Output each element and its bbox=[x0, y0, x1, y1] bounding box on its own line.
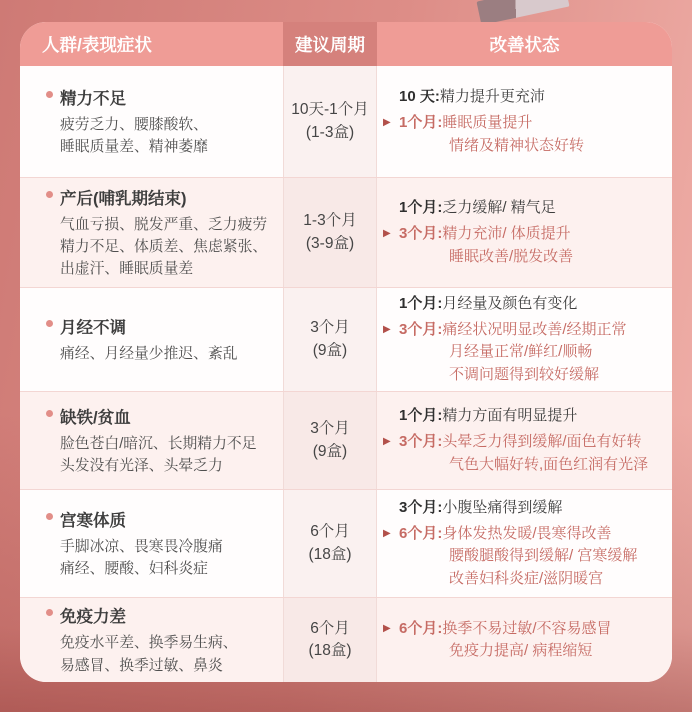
table-row: 月经不调 痛经、月经量少推迟、紊乱 3个月 (9盒) 1个月:月经量及颜色有变化… bbox=[20, 287, 672, 391]
highlight-line: 月经量正常/鲜红/顺畅 bbox=[399, 341, 627, 364]
bullet-icon bbox=[46, 320, 53, 327]
cycle-cell: 10天-1个月 (1-3盒) bbox=[283, 66, 377, 177]
baseline-label: 1个月: bbox=[399, 295, 442, 312]
highlight-label: 3个月: bbox=[399, 225, 442, 242]
cycle-boxes: (9盒) bbox=[313, 441, 347, 463]
baseline-label: 1个月: bbox=[399, 199, 442, 216]
group-title-text: 宫寒体质 bbox=[60, 512, 126, 530]
symptom-cell: 月经不调 痛经、月经量少推迟、紊乱 bbox=[20, 288, 283, 391]
cycle-duration: 3个月 bbox=[310, 317, 350, 339]
highlight-line: 6个月:换季不易过敏/不容易感冒 bbox=[399, 618, 612, 641]
group-title-text: 缺铁/贫血 bbox=[60, 409, 131, 427]
symptom-line: 痛经、月经量少推迟、紊乱 bbox=[60, 343, 275, 365]
highlight-text: 痛经状况明显改善/经期正常 bbox=[442, 321, 626, 338]
group-title: 免疫力差 bbox=[60, 603, 275, 627]
table-row: 宫寒体质 手脚冰凉、畏寒畏冷腹痛 痛经、腰酸、妇科炎症 6个月 (18盒) 3个… bbox=[20, 489, 672, 597]
header-improvement: 改善状态 bbox=[377, 22, 672, 66]
symptom-line: 精力不足、体质差、焦虑紧张、 bbox=[60, 236, 275, 258]
highlight-line: 3个月:痛经状况明显改善/经期正常 bbox=[399, 319, 627, 342]
baseline-improvement: 3个月:小腹坠痛得到缓解 bbox=[399, 497, 668, 518]
highlight-lines: 3个月:头晕乏力得到缓解/面色有好转 气色大幅好转,面色红润有光泽 bbox=[399, 431, 648, 476]
highlight-lines: 3个月:精力充沛/ 体质提升 睡眠改善/脱发改善 bbox=[399, 223, 573, 268]
baseline-text: 精力方面有明显提升 bbox=[442, 407, 577, 424]
table-row: 免疫力差 免疫水平差、换季易生病、 易感冒、换季过敏、鼻炎 6个月 (18盒) … bbox=[20, 597, 672, 682]
symptom-line: 睡眠质量差、精神萎靡 bbox=[60, 136, 275, 158]
baseline-improvement: 1个月:乏力缓解/ 精气足 bbox=[399, 197, 668, 218]
group-title-text: 产后(哺乳期结束) bbox=[60, 190, 187, 208]
group-title: 产后(哺乳期结束) bbox=[60, 185, 275, 209]
highlight-text: 身体发热发暖/畏寒得改善 bbox=[442, 525, 611, 542]
symptom-line: 出虚汗、睡眠质量差 bbox=[60, 258, 275, 280]
header-symptoms: 人群/表现症状 bbox=[20, 22, 283, 66]
arrow-icon: ▶ bbox=[383, 112, 399, 157]
group-title: 缺铁/贫血 bbox=[60, 404, 275, 428]
cycle-cell: 6个月 (18盒) bbox=[283, 598, 377, 682]
cycle-duration: 1-3个月 bbox=[303, 210, 356, 232]
group-title-text: 免疫力差 bbox=[60, 608, 126, 626]
group-title-text: 月经不调 bbox=[60, 319, 126, 337]
baseline-text: 精力提升更充沛 bbox=[440, 88, 545, 105]
arrow-icon: ▶ bbox=[383, 319, 399, 387]
improvement-cell: 1个月:月经量及颜色有变化 ▶ 3个月:痛经状况明显改善/经期正常 月经量正常/… bbox=[377, 288, 672, 391]
symptom-line: 易感冒、换季过敏、鼻炎 bbox=[60, 655, 275, 677]
cycle-cell: 3个月 (9盒) bbox=[283, 392, 377, 489]
symptom-cell: 宫寒体质 手脚冰凉、畏寒畏冷腹痛 痛经、腰酸、妇科炎症 bbox=[20, 490, 283, 597]
symptom-cell: 缺铁/贫血 脸色苍白/暗沉、长期精力不足 头发没有光泽、头晕乏力 bbox=[20, 392, 283, 489]
symptom-list: 痛经、月经量少推迟、紊乱 bbox=[60, 343, 275, 365]
baseline-text: 小腹坠痛得到缓解 bbox=[442, 499, 562, 516]
baseline-text: 月经量及颜色有变化 bbox=[442, 295, 577, 312]
symptom-line: 疲劳乏力、腰膝酸软、 bbox=[60, 114, 275, 136]
highlight-line: 3个月:精力充沛/ 体质提升 bbox=[399, 223, 573, 246]
cycle-duration: 6个月 bbox=[310, 521, 350, 543]
highlight-line: 气色大幅好转,面色红润有光泽 bbox=[399, 454, 648, 477]
table-row: 缺铁/贫血 脸色苍白/暗沉、长期精力不足 头发没有光泽、头晕乏力 3个月 (9盒… bbox=[20, 391, 672, 489]
highlight-label: 3个月: bbox=[399, 433, 442, 450]
symptom-list: 疲劳乏力、腰膝酸软、 睡眠质量差、精神萎靡 bbox=[60, 114, 275, 158]
arrow-icon: ▶ bbox=[383, 431, 399, 476]
baseline-text: 乏力缓解/ 精气足 bbox=[442, 199, 555, 216]
symptom-cell: 产后(哺乳期结束) 气血亏损、脱发严重、乏力疲劳 精力不足、体质差、焦虑紧张、 … bbox=[20, 178, 283, 287]
baseline-improvement: 1个月:精力方面有明显提升 bbox=[399, 405, 668, 426]
symptom-list: 免疫水平差、换季易生病、 易感冒、换季过敏、鼻炎 bbox=[60, 632, 275, 676]
cycle-boxes: (18盒) bbox=[308, 640, 351, 662]
group-title: 月经不调 bbox=[60, 314, 275, 338]
highlight-improvement: ▶ 3个月:痛经状况明显改善/经期正常 月经量正常/鲜红/顺畅 不调问题得到较好… bbox=[399, 319, 668, 387]
bullet-icon bbox=[46, 191, 53, 198]
bullet-icon bbox=[46, 609, 53, 616]
highlight-text: 头晕乏力得到缓解/面色有好转 bbox=[442, 433, 641, 450]
group-title: 精力不足 bbox=[60, 85, 275, 109]
cycle-boxes: (1-3盒) bbox=[306, 122, 354, 144]
cycle-cell: 3个月 (9盒) bbox=[283, 288, 377, 391]
highlight-improvement: ▶ 6个月:换季不易过敏/不容易感冒 免疫力提高/ 病程缩短 bbox=[399, 618, 668, 663]
highlight-line: 1个月:睡眠质量提升 bbox=[399, 112, 584, 135]
cycle-duration: 6个月 bbox=[310, 618, 350, 640]
highlight-line: 免疫力提高/ 病程缩短 bbox=[399, 640, 612, 663]
highlight-lines: 6个月:身体发热发暖/畏寒得改善 腰酸腿酸得到缓解/ 宫寒缓解 改善妇科炎症/滋… bbox=[399, 523, 637, 591]
symptom-line: 气血亏损、脱发严重、乏力疲劳 bbox=[60, 214, 275, 236]
highlight-label: 1个月: bbox=[399, 114, 442, 131]
bullet-icon bbox=[46, 410, 53, 417]
bullet-icon bbox=[46, 513, 53, 520]
symptom-line: 痛经、腰酸、妇科炎症 bbox=[60, 558, 275, 580]
header-cycle: 建议周期 bbox=[283, 22, 377, 66]
highlight-improvement: ▶ 3个月:精力充沛/ 体质提升 睡眠改善/脱发改善 bbox=[399, 223, 668, 268]
highlight-improvement: ▶ 1个月:睡眠质量提升 情绪及精神状态好转 bbox=[399, 112, 668, 157]
group-title-text: 精力不足 bbox=[60, 90, 126, 108]
improvement-cell: ▶ 6个月:换季不易过敏/不容易感冒 免疫力提高/ 病程缩短 bbox=[377, 598, 672, 682]
bullet-icon bbox=[46, 91, 53, 98]
highlight-improvement: ▶ 3个月:头晕乏力得到缓解/面色有好转 气色大幅好转,面色红润有光泽 bbox=[399, 431, 668, 476]
table-row: 产后(哺乳期结束) 气血亏损、脱发严重、乏力疲劳 精力不足、体质差、焦虑紧张、 … bbox=[20, 177, 672, 287]
highlight-line: 3个月:头晕乏力得到缓解/面色有好转 bbox=[399, 431, 648, 454]
symptom-cell: 免疫力差 免疫水平差、换季易生病、 易感冒、换季过敏、鼻炎 bbox=[20, 598, 283, 682]
improvement-cell: 3个月:小腹坠痛得到缓解 ▶ 6个月:身体发热发暖/畏寒得改善 腰酸腿酸得到缓解… bbox=[377, 490, 672, 597]
baseline-label: 1个月: bbox=[399, 407, 442, 424]
cycle-boxes: (9盒) bbox=[313, 340, 347, 362]
arrow-icon: ▶ bbox=[383, 618, 399, 663]
improvement-cell: 1个月:精力方面有明显提升 ▶ 3个月:头晕乏力得到缓解/面色有好转 气色大幅好… bbox=[377, 392, 672, 489]
highlight-improvement: ▶ 6个月:身体发热发暖/畏寒得改善 腰酸腿酸得到缓解/ 宫寒缓解 改善妇科炎症… bbox=[399, 523, 668, 591]
baseline-improvement: 1个月:月经量及颜色有变化 bbox=[399, 293, 668, 314]
highlight-label: 6个月: bbox=[399, 525, 442, 542]
baseline-improvement: 10 天:精力提升更充沛 bbox=[399, 86, 668, 107]
cycle-boxes: (3-9盒) bbox=[306, 233, 354, 255]
highlight-text: 换季不易过敏/不容易感冒 bbox=[442, 620, 611, 637]
highlight-line: 腰酸腿酸得到缓解/ 宫寒缓解 bbox=[399, 545, 637, 568]
highlight-line: 改善妇科炎症/滋阴暖宫 bbox=[399, 568, 637, 591]
cycle-duration: 3个月 bbox=[310, 418, 350, 440]
highlight-label: 3个月: bbox=[399, 321, 442, 338]
highlight-text: 精力充沛/ 体质提升 bbox=[442, 225, 570, 242]
improvement-cell: 1个月:乏力缓解/ 精气足 ▶ 3个月:精力充沛/ 体质提升 睡眠改善/脱发改善 bbox=[377, 178, 672, 287]
symptom-line: 头发没有光泽、头晕乏力 bbox=[60, 455, 275, 477]
baseline-label: 3个月: bbox=[399, 499, 442, 516]
table-row: 精力不足 疲劳乏力、腰膝酸软、 睡眠质量差、精神萎靡 10天-1个月 (1-3盒… bbox=[20, 66, 672, 177]
arrow-icon: ▶ bbox=[383, 523, 399, 591]
symptom-line: 手脚冰凉、畏寒畏冷腹痛 bbox=[60, 536, 275, 558]
highlight-lines: 3个月:痛经状况明显改善/经期正常 月经量正常/鲜红/顺畅 不调问题得到较好缓解 bbox=[399, 319, 627, 387]
symptom-line: 脸色苍白/暗沉、长期精力不足 bbox=[60, 433, 275, 455]
improvement-cell: 10 天:精力提升更充沛 ▶ 1个月:睡眠质量提升 情绪及精神状态好转 bbox=[377, 66, 672, 177]
recommendation-table: 人群/表现症状 建议周期 改善状态 精力不足 疲劳乏力、腰膝酸软、 睡眠质量差、… bbox=[20, 22, 672, 682]
highlight-lines: 6个月:换季不易过敏/不容易感冒 免疫力提高/ 病程缩短 bbox=[399, 618, 612, 663]
baseline-label: 10 天: bbox=[399, 88, 440, 105]
highlight-line: 6个月:身体发热发暖/畏寒得改善 bbox=[399, 523, 637, 546]
cycle-duration: 10天-1个月 bbox=[291, 99, 369, 121]
highlight-line: 不调问题得到较好缓解 bbox=[399, 364, 627, 387]
highlight-line: 情绪及精神状态好转 bbox=[399, 135, 584, 158]
highlight-lines: 1个月:睡眠质量提升 情绪及精神状态好转 bbox=[399, 112, 584, 157]
symptom-list: 手脚冰凉、畏寒畏冷腹痛 痛经、腰酸、妇科炎症 bbox=[60, 536, 275, 580]
table-header: 人群/表现症状 建议周期 改善状态 bbox=[20, 22, 672, 66]
cycle-boxes: (18盒) bbox=[308, 544, 351, 566]
highlight-line: 睡眠改善/脱发改善 bbox=[399, 246, 573, 269]
symptom-line: 免疫水平差、换季易生病、 bbox=[60, 632, 275, 654]
cycle-cell: 1-3个月 (3-9盒) bbox=[283, 178, 377, 287]
group-title: 宫寒体质 bbox=[60, 507, 275, 531]
symptom-list: 气血亏损、脱发严重、乏力疲劳 精力不足、体质差、焦虑紧张、 出虚汗、睡眠质量差 bbox=[60, 214, 275, 281]
highlight-text: 睡眠质量提升 bbox=[442, 114, 532, 131]
symptom-cell: 精力不足 疲劳乏力、腰膝酸软、 睡眠质量差、精神萎靡 bbox=[20, 66, 283, 177]
arrow-icon: ▶ bbox=[383, 223, 399, 268]
symptom-list: 脸色苍白/暗沉、长期精力不足 头发没有光泽、头晕乏力 bbox=[60, 433, 275, 477]
highlight-label: 6个月: bbox=[399, 620, 442, 637]
cycle-cell: 6个月 (18盒) bbox=[283, 490, 377, 597]
